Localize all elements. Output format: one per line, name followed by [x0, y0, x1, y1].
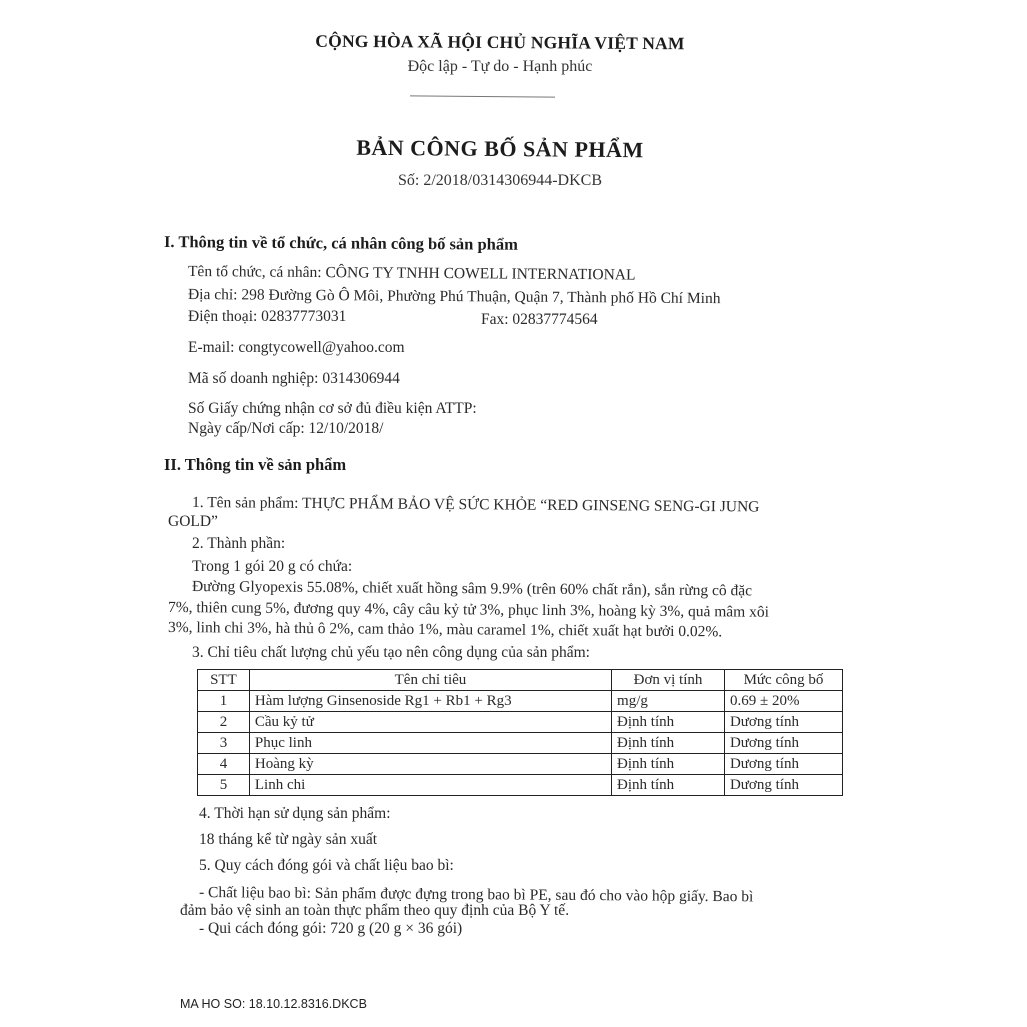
row-unit: Định tính: [612, 712, 725, 733]
national-motto: Độc lập - Tự do - Hạnh phúc: [0, 58, 1000, 76]
shelf-life-value: 18 tháng kể từ ngày sản xuất: [199, 831, 377, 849]
row-declared-level: Dương tính: [724, 733, 842, 754]
row-declared-level: Dương tính: [724, 775, 842, 796]
shelf-life-heading: 4. Thời hạn sử dụng sản phẩm:: [199, 805, 391, 823]
row-unit: Định tính: [612, 754, 725, 775]
row-stt: 4: [198, 754, 250, 775]
row-stt: 2: [198, 712, 250, 733]
document-number: Số: 2/2018/0314306944-DKCB: [0, 172, 1000, 190]
row-declared-level: Dương tính: [724, 712, 842, 733]
row-criteria: Hoàng kỳ: [249, 754, 611, 775]
certificate-issue-date: Ngày cấp/Nơi cấp: 12/10/2018/: [188, 420, 383, 438]
row-criteria: Linh chi: [249, 775, 611, 796]
quality-criteria-table: STT Tên chỉ tiêu Đơn vị tính Mức công bố…: [197, 669, 843, 796]
business-code: Mã số doanh nghiệp: 0314306944: [188, 370, 400, 388]
organization-email: E-mail: congtycowell@yahoo.com: [188, 339, 405, 357]
section-1-heading: I. Thông tin về tổ chức, cá nhân công bố…: [164, 232, 518, 255]
section-2-heading: II. Thông tin về sản phẩm: [164, 455, 346, 475]
row-declared-level: 0.69 ± 20%: [724, 691, 842, 712]
table-row: 1 Hàm lượng Ginsenoside Rg1 + Rb1 + Rg3 …: [198, 691, 843, 712]
table-header-row: STT Tên chỉ tiêu Đơn vị tính Mức công bố: [198, 670, 843, 691]
ingredients-line-1: Đường Glyopexis 55.08%, chiết xuất hồng …: [192, 578, 752, 600]
document-title: BẢN CÔNG BỐ SẢN PHẨM: [0, 132, 1000, 167]
table-row: 2 Cầu kỷ tử Định tính Dương tính: [198, 712, 843, 733]
quality-heading: 3. Chỉ tiêu chất lượng chủ yếu tạo nên c…: [192, 644, 590, 662]
row-criteria: Phục linh: [249, 733, 611, 754]
ingredients-intro: Trong 1 gói 20 g có chứa:: [192, 558, 352, 576]
row-stt: 1: [198, 691, 250, 712]
row-criteria: Hàm lượng Ginsenoside Rg1 + Rb1 + Rg3: [249, 691, 611, 712]
row-unit: Định tính: [612, 733, 725, 754]
row-unit: mg/g: [612, 691, 725, 712]
file-code: MA HO SO: 18.10.12.8316.DKCB: [180, 997, 367, 1011]
column-header-stt: STT: [198, 670, 250, 691]
organization-address: Địa chỉ: 298 Đường Gò Ô Môi, Phường Phú …: [188, 286, 721, 308]
column-header-unit: Đơn vị tính: [612, 670, 725, 691]
table-row: 4 Hoàng kỳ Định tính Dương tính: [198, 754, 843, 775]
table-row: 3 Phục linh Định tính Dương tính: [198, 733, 843, 754]
packaging-spec: - Qui cách đóng gói: 720 g (20 g × 36 gó…: [199, 920, 462, 938]
product-name-line-1: 1. Tên sản phẩm: THỰC PHẨM BẢO VỆ SỨC KH…: [192, 494, 760, 516]
row-stt: 3: [198, 733, 250, 754]
organization-fax: Fax: 02837774564: [481, 311, 598, 329]
ingredients-line-2: 7%, thiên cung 5%, đương quy 4%, cây câu…: [168, 599, 769, 622]
column-header-criteria: Tên chỉ tiêu: [249, 670, 611, 691]
nation-heading: CỘNG HÒA XÃ HỘI CHỦ NGHĨA VIỆT NAM: [0, 29, 1000, 57]
product-name-line-2: GOLD”: [168, 513, 218, 531]
header-divider: [410, 95, 555, 97]
column-header-declared-level: Mức công bố: [724, 670, 842, 691]
row-declared-level: Dương tính: [724, 754, 842, 775]
organization-phone: Điện thoại: 02837773031: [188, 308, 346, 326]
packaging-material-line-2: đảm bảo vệ sinh an toàn thực phẩm theo q…: [180, 902, 569, 920]
food-safety-certificate: Số Giấy chứng nhận cơ sở đủ điều kiện AT…: [188, 400, 477, 418]
row-unit: Định tính: [612, 775, 725, 796]
ingredients-heading: 2. Thành phần:: [192, 535, 285, 553]
row-criteria: Cầu kỷ tử: [249, 712, 611, 733]
ingredients-line-3: 3%, linh chi 3%, hà thủ ô 2%, cam thảo 1…: [168, 619, 722, 641]
packaging-heading: 5. Quy cách đóng gói và chất liệu bao bì…: [199, 857, 454, 875]
row-stt: 5: [198, 775, 250, 796]
organization-name: Tên tổ chức, cá nhân: CÔNG TY TNHH COWEL…: [188, 263, 636, 285]
table-row: 5 Linh chi Định tính Dương tính: [198, 775, 843, 796]
